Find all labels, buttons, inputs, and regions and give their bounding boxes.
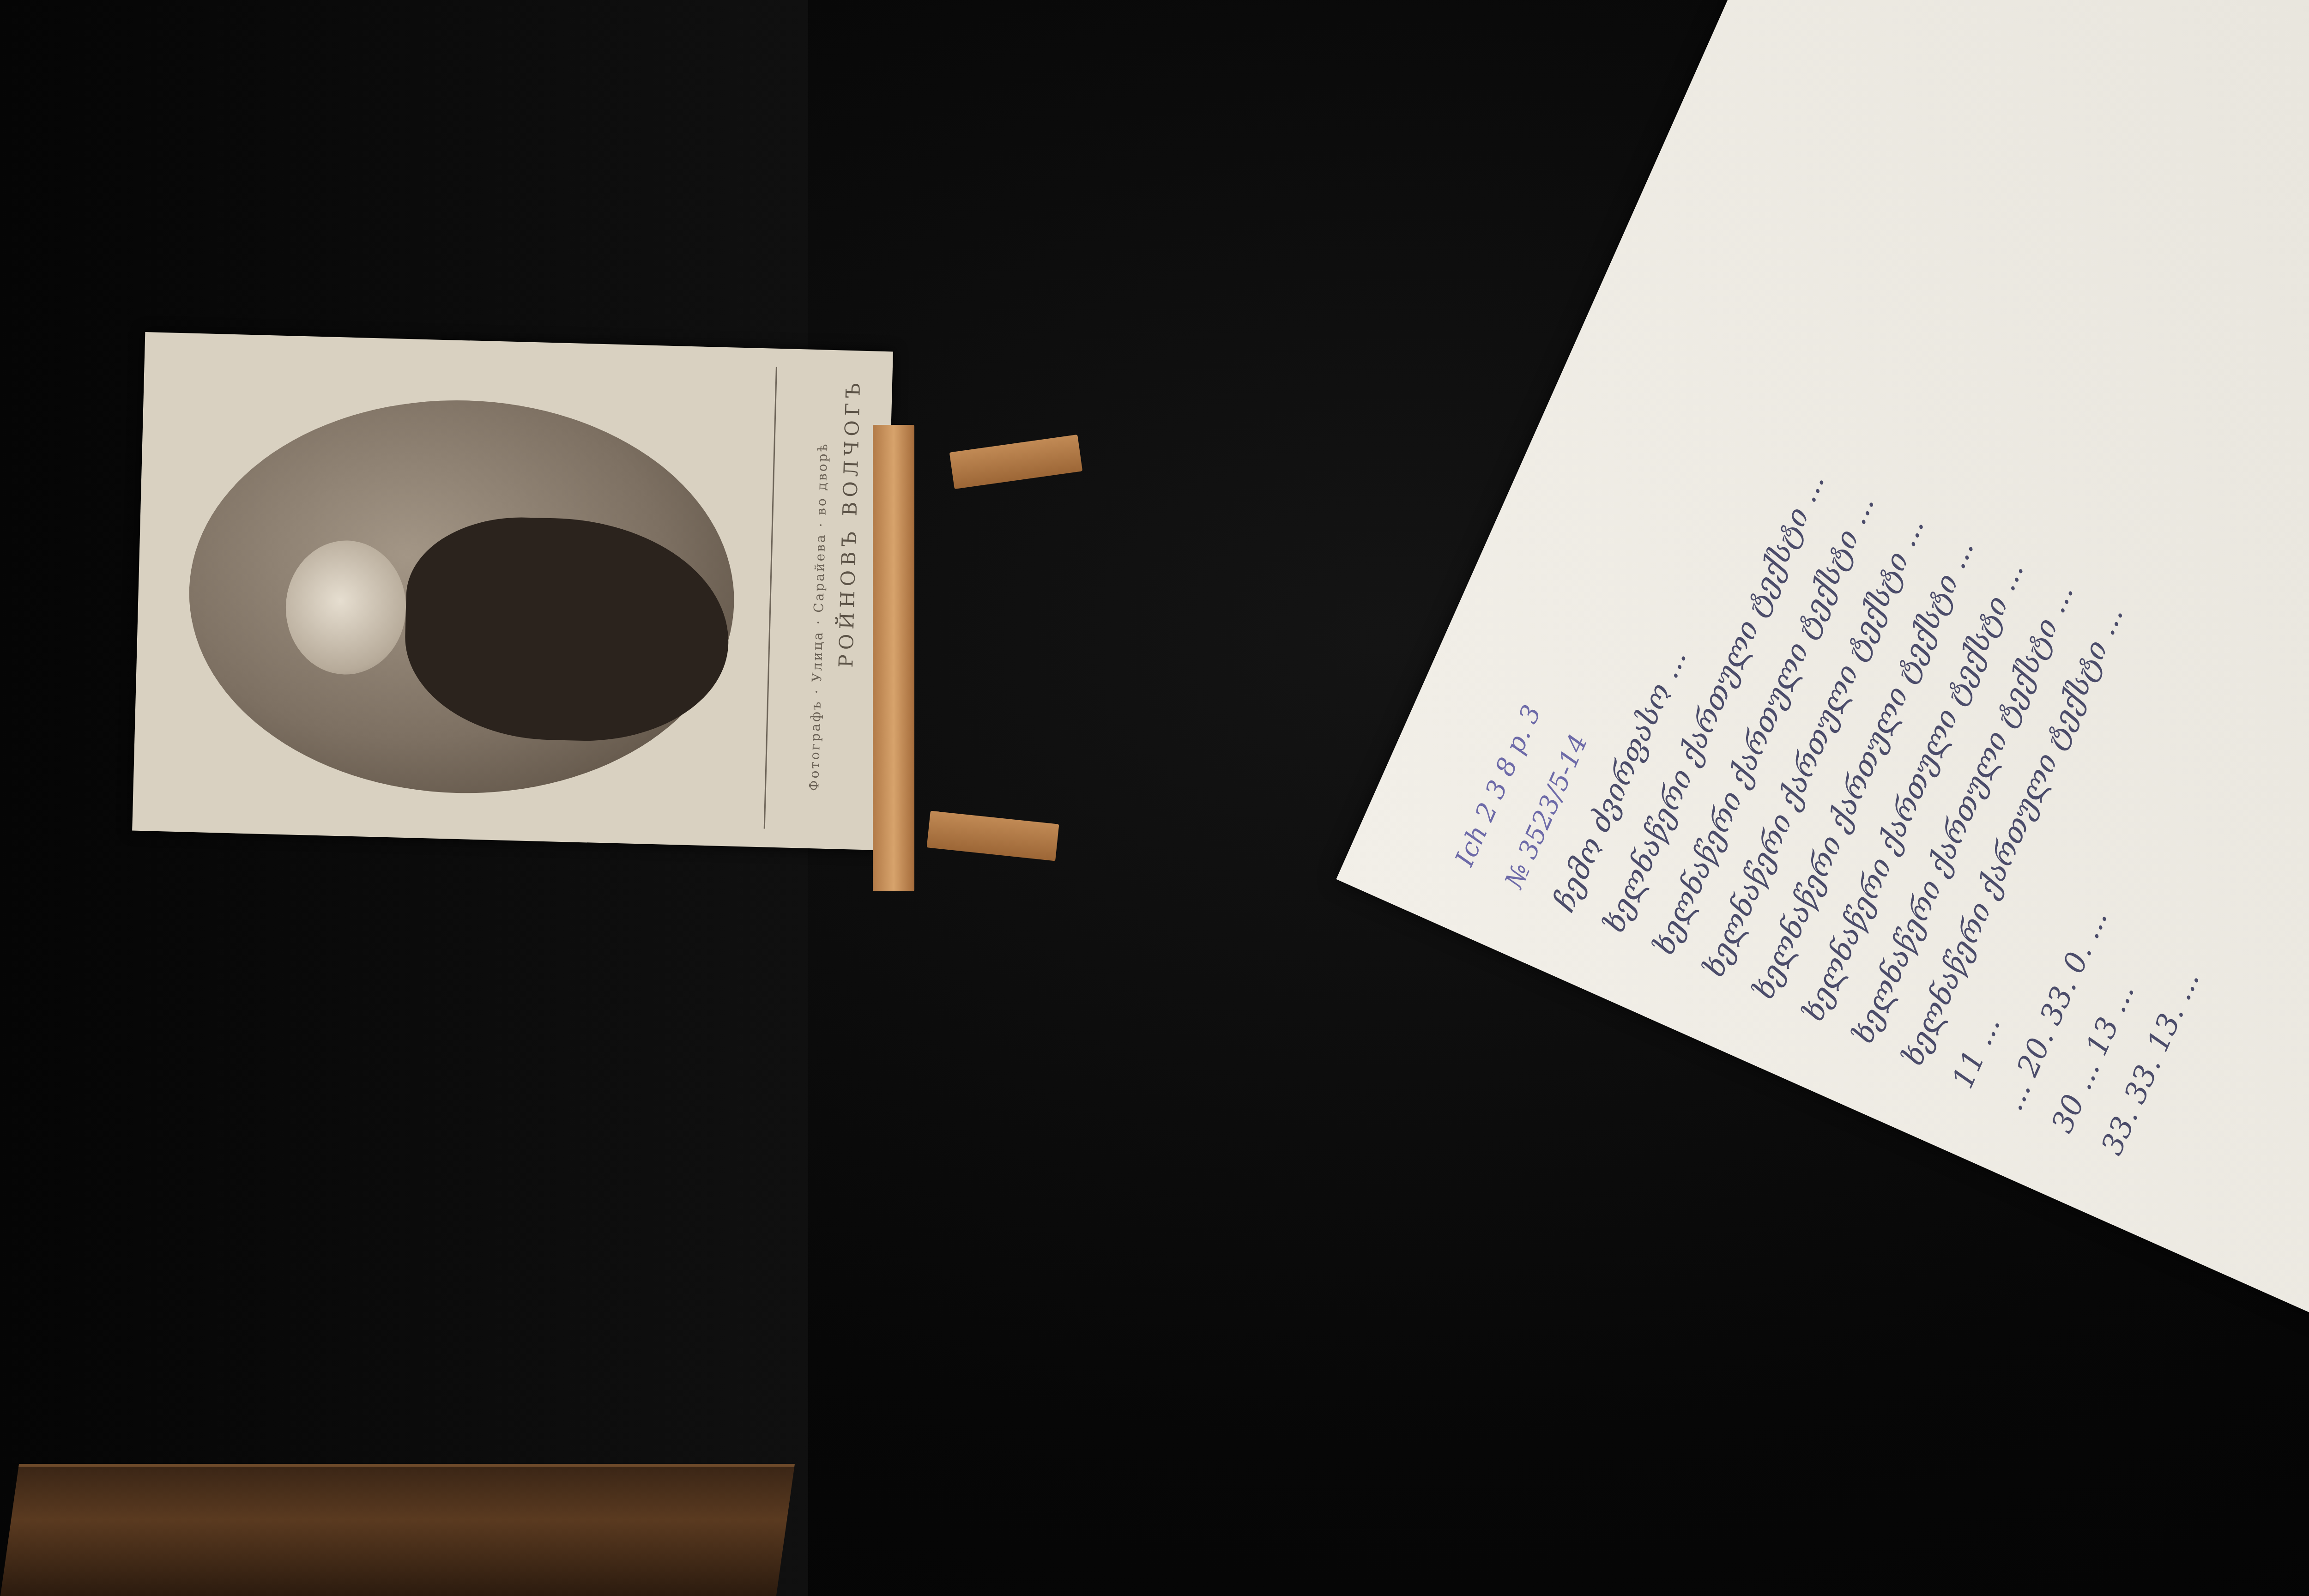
cabinet-card-photo: РОЙНОВЪ ВОЛЧОГЪ Фотографъ · Улица · Сара…	[132, 332, 893, 850]
portrait-oval	[184, 393, 739, 800]
letter-body: Ich 2 3 8 p. 3 № 3523/5-14 ჩემო ძვირფასო…	[1336, 0, 2309, 1518]
easel-arm-top	[949, 435, 1082, 489]
wooden-frame-corner	[0, 1464, 795, 1596]
easel-post	[873, 425, 914, 891]
handwritten-letter: Ich 2 3 8 p. 3 № 3523/5-14 ჩემო ძვირფასო…	[1336, 0, 2309, 1518]
easel-arm-bottom	[927, 811, 1059, 861]
portrait-head	[284, 539, 408, 676]
portrait-body	[403, 514, 731, 744]
